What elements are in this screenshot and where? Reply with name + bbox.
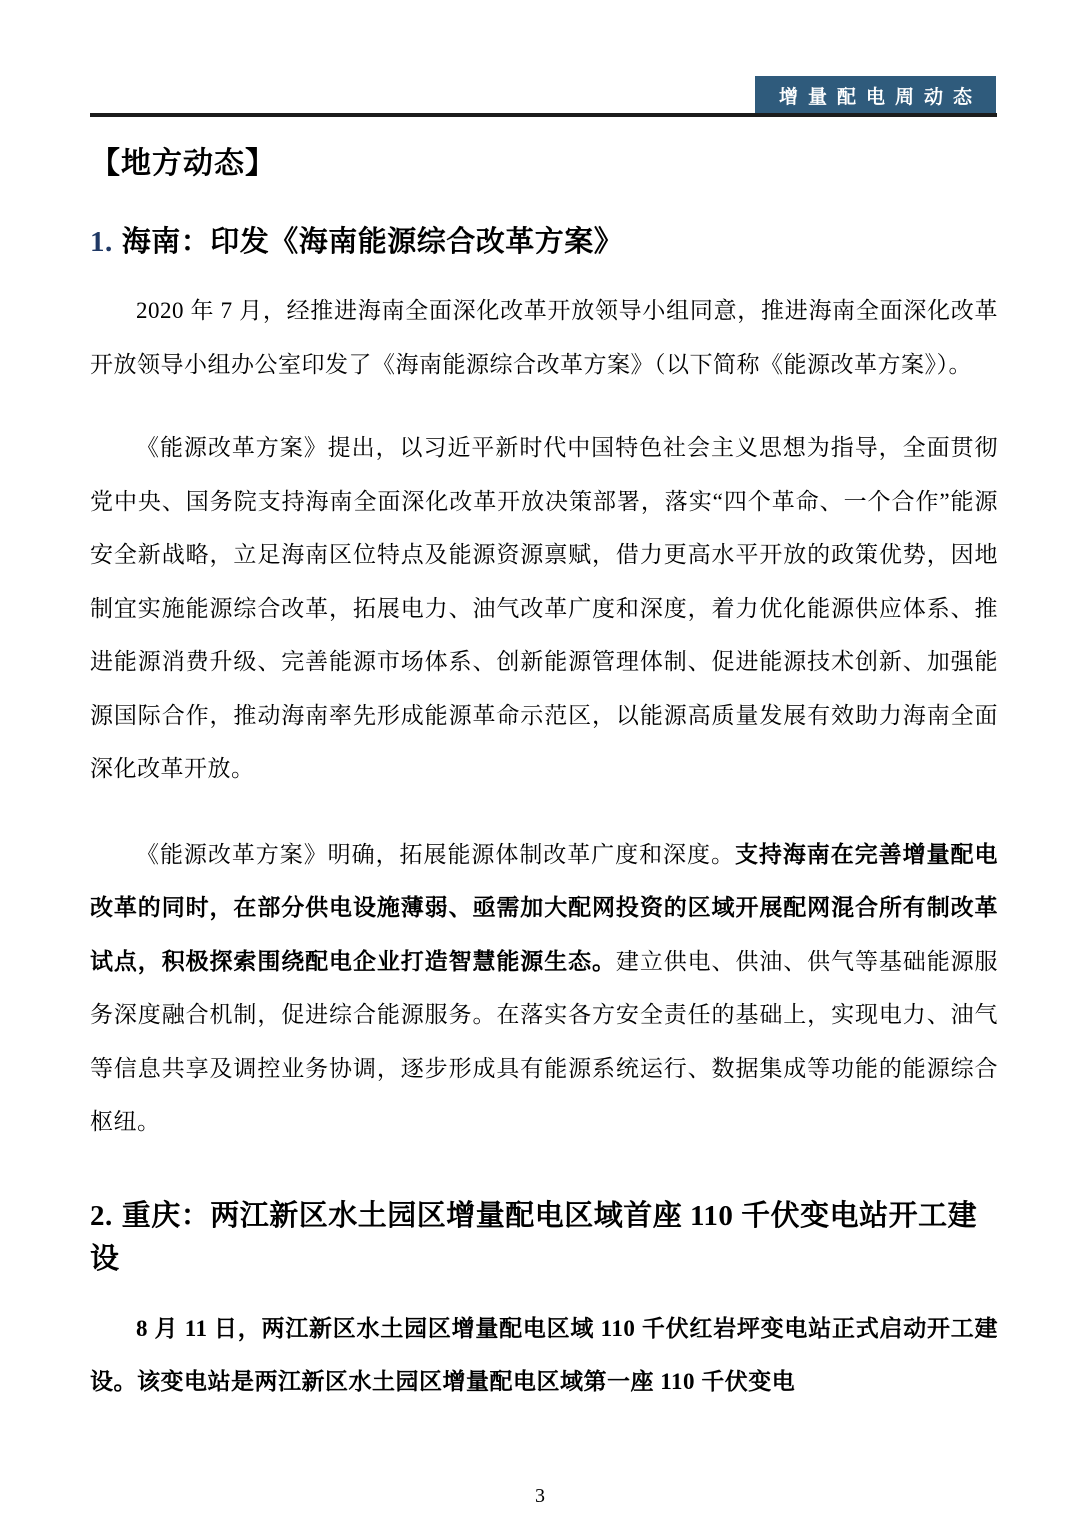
header-banner: 增量配电周动态 (755, 76, 996, 114)
article-1-title-text: 海南：印发《海南能源综合改革方案》 (122, 226, 624, 258)
page-number: 3 (0, 1483, 1080, 1509)
document-content: 【地方动态】 1.海南：印发《海南能源综合改革方案》 2020 年 7 月，经推… (90, 117, 998, 1409)
article-1-title: 1.海南：印发《海南能源综合改革方案》 (90, 221, 998, 264)
article-1-paragraph-1: 2020 年 7 月，经推进海南全面深化改革开放领导小组同意，推进海南全面深化改… (90, 284, 998, 391)
article-2-title: 2.重庆：两江新区水土园区增量配电区域首座 110 千伏变电站开工建设 (90, 1195, 998, 1281)
article-2-paragraph-1: 8 月 11 日，两江新区水土园区增量配电区域 110 千伏红岩坪变电站正式启动… (90, 1302, 998, 1409)
header-banner-label: 增量配电周动态 (769, 82, 982, 109)
article-1-paragraph-3-tail: 建立供电、供油、供气等基础能源服务深度融合机制，促进综合能源服务。在落实各方安全… (90, 949, 998, 1135)
article-2-title-text: 重庆：两江新区水土园区增量配电区域首座 110 千伏变电站开工建设 (90, 1200, 977, 1275)
article-2-number: 2. (90, 1200, 113, 1232)
article-1-paragraph-3: 《能源改革方案》明确，拓展能源体制改革广度和深度。支持海南在完善增量配电改革的同… (90, 828, 998, 1149)
article-1-paragraph-2: 《能源改革方案》提出，以习近平新时代中国特色社会主义思想为指导，全面贯彻党中央、… (90, 421, 998, 796)
article-1-number: 1. (90, 226, 113, 258)
section-title: 【地方动态】 (90, 143, 998, 185)
article-1-paragraph-3-lead: 《能源改革方案》明确，拓展能源体制改革广度和深度。 (136, 842, 735, 867)
document-page: 增量配电周动态 【地方动态】 1.海南：印发《海南能源综合改革方案》 2020 … (0, 0, 1080, 1527)
